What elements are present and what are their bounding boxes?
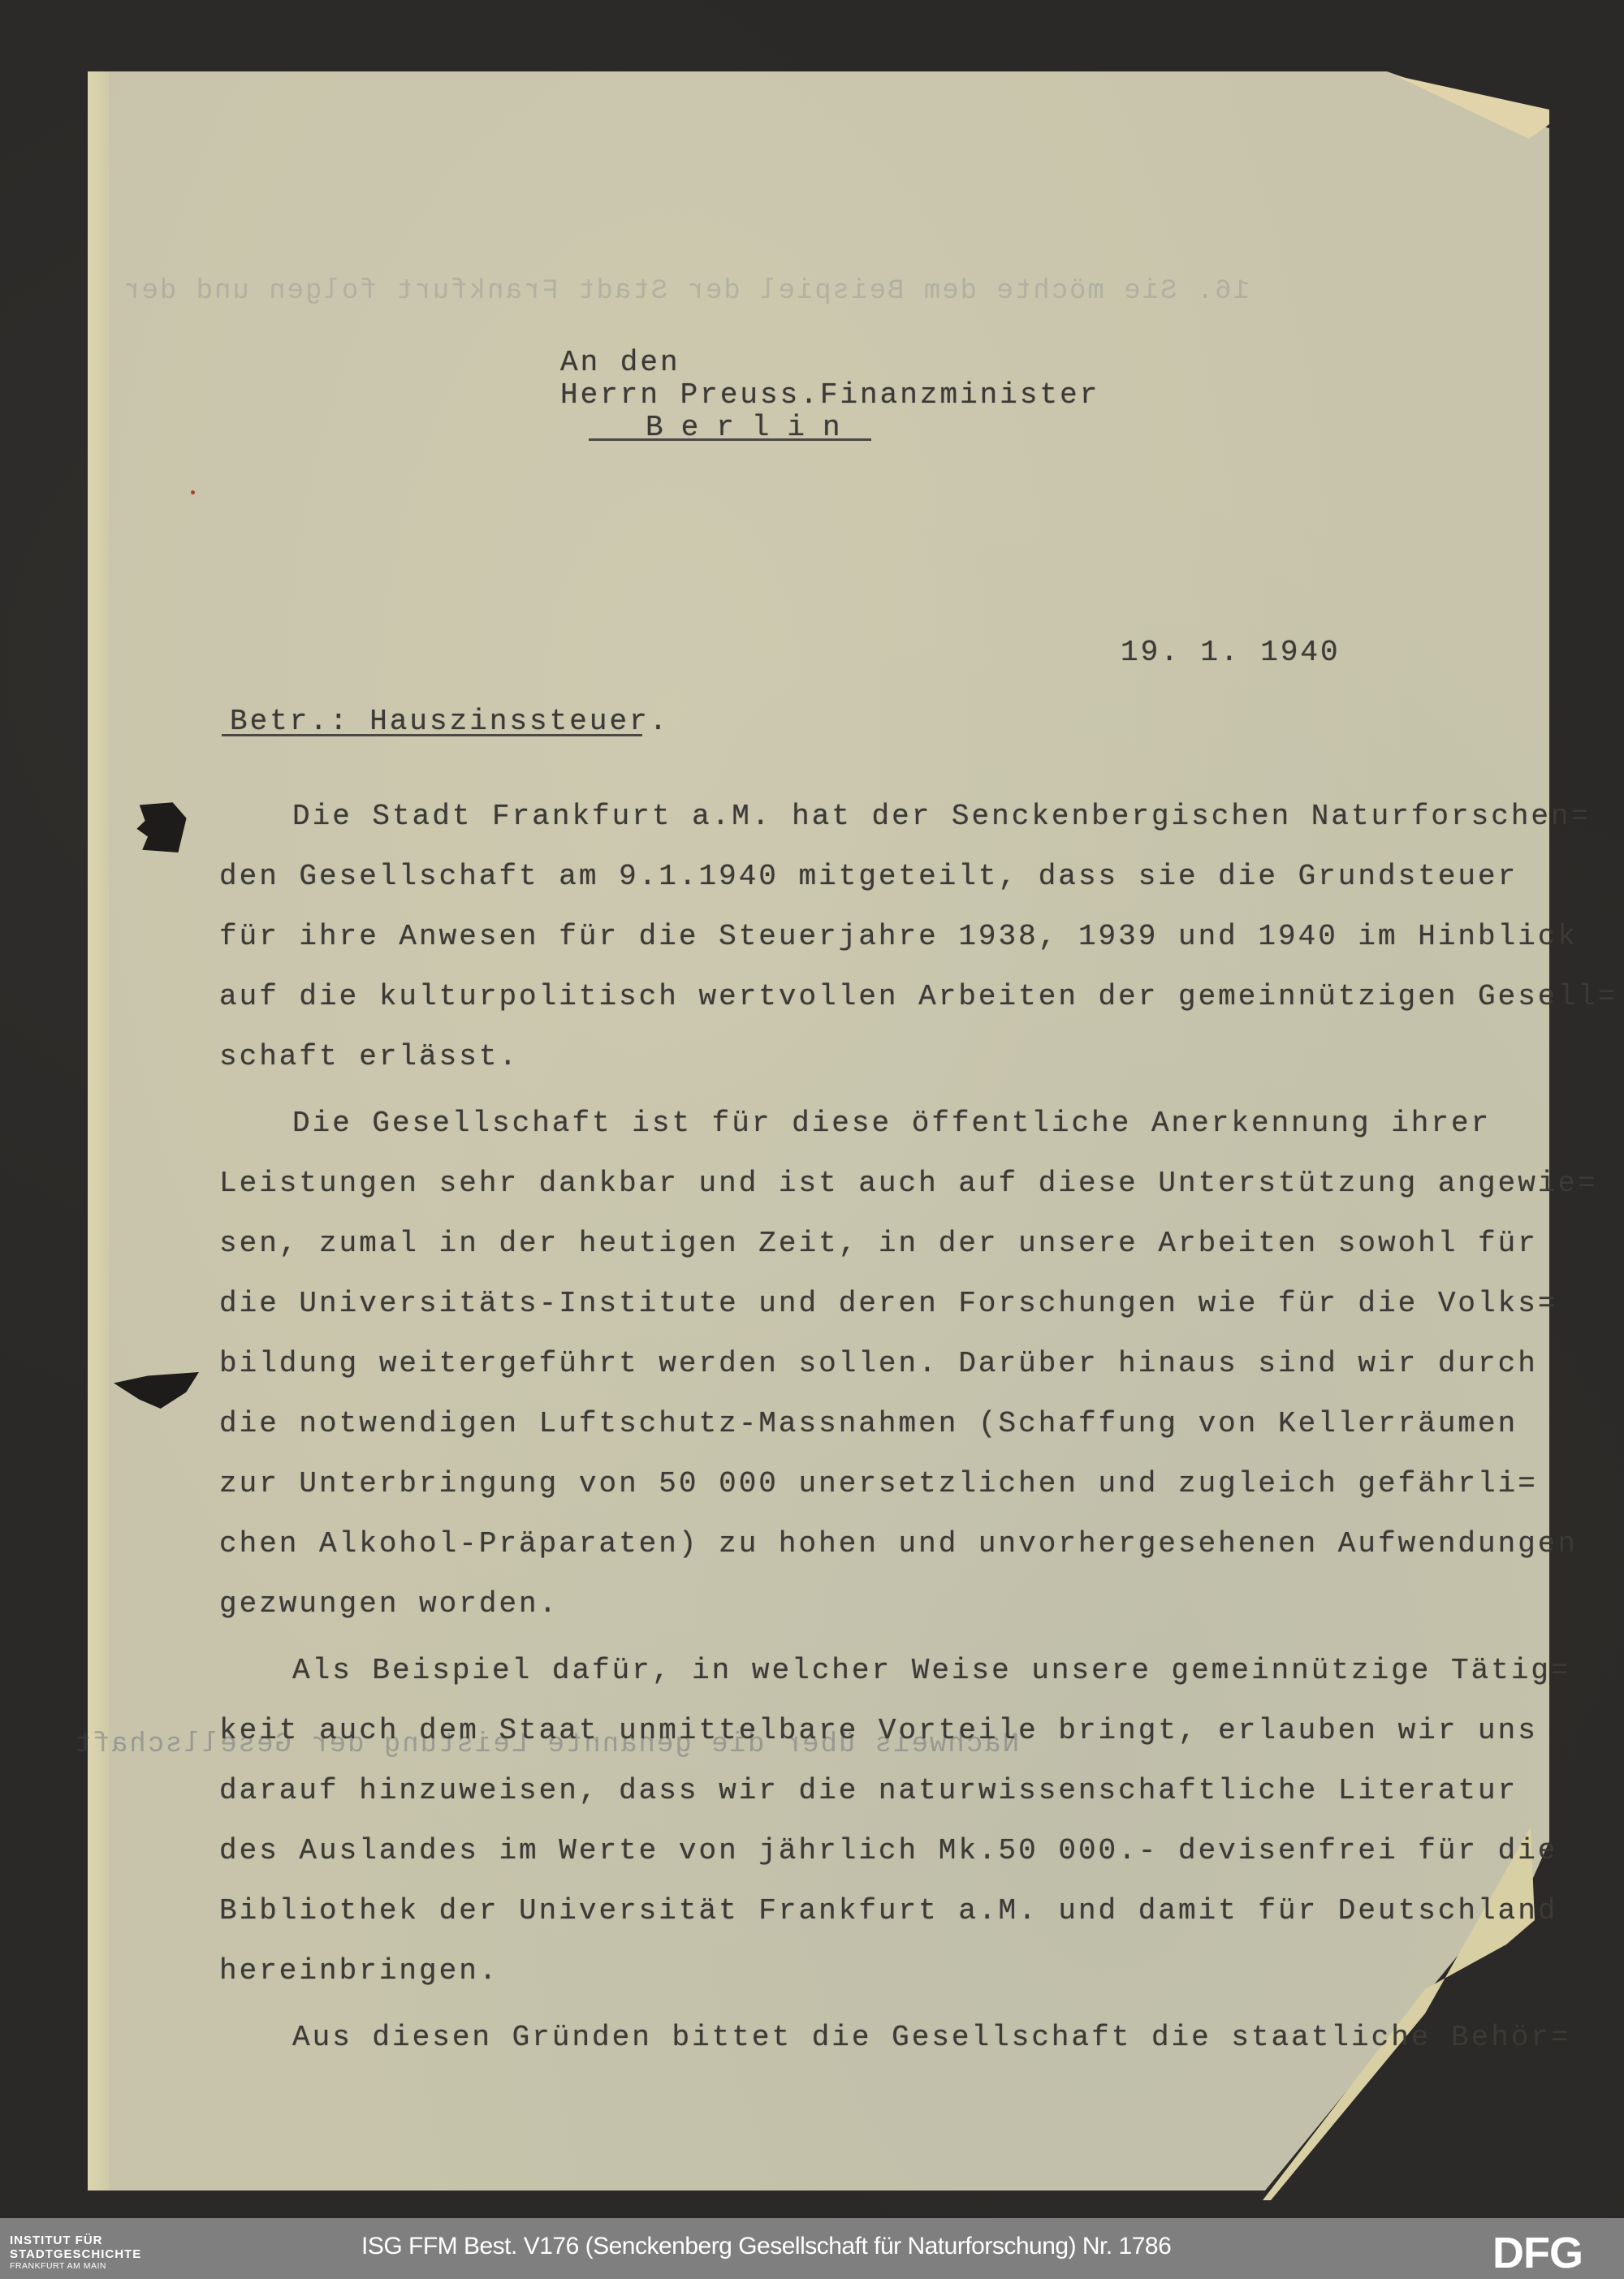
archive-footer-bar: INSTITUT FÜR STADTGESCHICHTE FRANKFURT A… xyxy=(0,2218,1624,2279)
body-line: für ihre Anwesen für die Steuerjahre 193… xyxy=(219,920,1551,980)
body-line: Leistungen sehr dankbar und ist auch auf… xyxy=(219,1167,1551,1227)
ink-spot xyxy=(191,490,195,494)
archive-reference-caption: ISG FFM Best. V176 (Senckenberg Gesellsc… xyxy=(361,2233,1171,2260)
body-line: die notwendigen Luftschutz-Massnahmen (S… xyxy=(219,1407,1551,1467)
letter-body: Die Stadt Frankfurt a.M. hat der Sencken… xyxy=(219,800,1551,2081)
body-line: hereinbringen. xyxy=(219,1954,1551,2014)
bleed-through-text: 16. Sie möchte dem Beispiel der Stadt Fr… xyxy=(122,276,1250,307)
body-line: auf die kulturpolitisch wertvollen Arbei… xyxy=(219,980,1551,1040)
institute-name-line-1: INSTITUT FÜR xyxy=(10,2234,141,2247)
paper-left-edge xyxy=(88,71,109,2191)
body-line: keit auch dem Staat unmittelbare Vorteil… xyxy=(219,1714,1551,1774)
body-line: Aus diesen Gründen bittet die Gesellscha… xyxy=(219,2021,1551,2081)
body-line: bildung weitergeführt werden sollen. Dar… xyxy=(219,1347,1551,1407)
body-line: des Auslandes im Werte von jährlich Mk.5… xyxy=(219,1834,1551,1894)
body-line: Bibliothek der Universität Frankfurt a.M… xyxy=(219,1894,1551,1954)
body-line: schaft erlässt. xyxy=(219,1040,1551,1100)
subject-underline xyxy=(222,734,642,736)
body-line: sen, zumal in der heutigen Zeit, in der … xyxy=(219,1227,1551,1287)
body-line: Die Stadt Frankfurt a.M. hat der Sencken… xyxy=(219,800,1551,860)
recipient-city-underline xyxy=(589,438,871,441)
body-line: Die Gesellschaft ist für diese öffentlic… xyxy=(219,1107,1551,1167)
institute-name-line-2: STADTGESCHICHTE xyxy=(10,2248,141,2260)
body-line: zur Unterbringung von 50 000 unersetzlic… xyxy=(219,1467,1551,1527)
recipient-line-1: An den xyxy=(560,346,680,379)
letter-date: 19. 1. 1940 xyxy=(1121,636,1341,669)
body-line: die Universitäts-Institute und deren For… xyxy=(219,1287,1551,1347)
body-line: den Gesellschaft am 9.1.1940 mitgeteilt,… xyxy=(219,860,1551,920)
institute-logo: INSTITUT FÜR STADTGESCHICHTE FRANKFURT A… xyxy=(10,2234,141,2271)
dfg-logo-icon: DFG xyxy=(1492,2231,1583,2275)
body-line: darauf hinzuweisen, dass wir die naturwi… xyxy=(219,1774,1551,1834)
body-line: chen Alkohol-Präparaten) zu hohen und un… xyxy=(219,1527,1551,1587)
body-line: gezwungen worden. xyxy=(219,1587,1551,1647)
recipient-line-2: Herrn Preuss.Finanzminister xyxy=(560,378,1099,412)
body-line: Als Beispiel dafür, in welcher Weise uns… xyxy=(219,1654,1551,1714)
letter-subject: Betr.: Hauszinssteuer. xyxy=(230,705,669,738)
institute-location: FRANKFURT AM MAIN xyxy=(10,2262,141,2271)
